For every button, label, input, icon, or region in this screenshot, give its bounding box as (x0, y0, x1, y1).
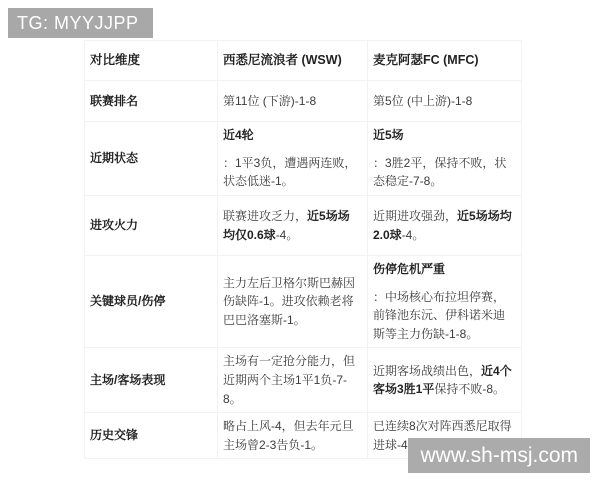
header-team-wsw: 西悉尼流浪者 (WSW) (218, 41, 368, 81)
site-watermark: www.sh-msj.com (408, 438, 590, 473)
row-label-cell: 联赛排名 (85, 81, 218, 122)
wsw-cell: 联赛进攻乏力，近5场场均仅0.6球-4。 (218, 196, 368, 256)
wsw-cell: 主场有一定抢分能力，但近期两个主场1平1负-7-8。 (218, 348, 368, 413)
cell-text: 主力左后卫格尔斯巴赫因伤缺阵-1。进攻依赖老将巴巴洛塞斯-1。 (223, 274, 361, 330)
table-row: 进攻火力联赛进攻乏力，近5场场均仅0.6球-4。近期进攻强劲，近5场场均2.0球… (85, 196, 522, 256)
row-label-cell: 进攻火力 (85, 196, 218, 256)
table-row: 联赛排名第11位 (下游)-1-8第5位 (中上游)-1-8 (85, 81, 522, 122)
telegram-handle-badge: TG: MYYJJPP (8, 8, 153, 38)
header-team-mfc: 麦克阿瑟FC (MFC) (368, 41, 522, 81)
cell-text: 联赛进攻乏力，近5场场均仅0.6球-4。 (223, 207, 361, 244)
cell-text: 第5位 (中上游)-1-8 (373, 92, 515, 111)
cell-text: 略占上风-4，但去年元旦主场曾2-3告负-1。 (223, 417, 361, 454)
mfc-cell: 近期进攻强劲，近5场场均2.0球-4。 (368, 196, 522, 256)
cell-bold-lead: 伤停危机严重 (373, 260, 515, 279)
cell-text: 近期进攻强劲，近5场场均2.0球-4。 (373, 207, 515, 244)
cell-text: ：中场核心布拉坦停赛，前锋池东沅、伊科诺米迪斯等主力伤缺-1-8。 (373, 288, 515, 344)
table-row: 主场/客场表现主场有一定抢分能力，但近期两个主场1平1负-7-8。近期客场战绩出… (85, 348, 522, 413)
cell-text: ：3胜2平，保持不败，状态稳定-7-8。 (373, 154, 515, 191)
comparison-table-body: 联赛排名第11位 (下游)-1-8第5位 (中上游)-1-8近期状态近4轮：1平… (85, 81, 522, 459)
wsw-cell: 主力左后卫格尔斯巴赫因伤缺阵-1。进攻依赖老将巴巴洛塞斯-1。 (218, 256, 368, 348)
cell-bold-lead: 近4轮 (223, 126, 361, 145)
page: TG: MYYJJPP 对比维度 西悉尼流浪者 (WSW) 麦克阿瑟FC (MF… (0, 0, 600, 480)
cell-text: 近期客场战绩出色，近4个客场3胜1平保持不败-8。 (373, 362, 515, 399)
header-dimension: 对比维度 (85, 41, 218, 81)
mfc-cell: 伤停危机严重：中场核心布拉坦停赛，前锋池东沅、伊科诺米迪斯等主力伤缺-1-8。 (368, 256, 522, 348)
mfc-cell: 近5场：3胜2平，保持不败，状态稳定-7-8。 (368, 122, 522, 196)
mfc-cell: 近期客场战绩出色，近4个客场3胜1平保持不败-8。 (368, 348, 522, 413)
cell-bold-lead: 近5场 (373, 126, 515, 145)
cell-text: 主场有一定抢分能力，但近期两个主场1平1负-7-8。 (223, 352, 361, 408)
mfc-cell: 第5位 (中上游)-1-8 (368, 81, 522, 122)
wsw-cell: 略占上风-4，但去年元旦主场曾2-3告负-1。 (218, 413, 368, 459)
row-label-cell: 主场/客场表现 (85, 348, 218, 413)
cell-text: ：1平3负，遭遇两连败，状态低迷-1。 (223, 154, 361, 191)
row-label-cell: 关键球员/伤停 (85, 256, 218, 348)
row-label-cell: 历史交锋 (85, 413, 218, 459)
wsw-cell: 第11位 (下游)-1-8 (218, 81, 368, 122)
wsw-cell: 近4轮：1平3负，遭遇两连败，状态低迷-1。 (218, 122, 368, 196)
table-row: 近期状态近4轮：1平3负，遭遇两连败，状态低迷-1。近5场：3胜2平，保持不败，… (85, 122, 522, 196)
table-row: 关键球员/伤停主力左后卫格尔斯巴赫因伤缺阵-1。进攻依赖老将巴巴洛塞斯-1。伤停… (85, 256, 522, 348)
cell-text: 第11位 (下游)-1-8 (223, 92, 361, 111)
row-label-cell: 近期状态 (85, 122, 218, 196)
table-header-row: 对比维度 西悉尼流浪者 (WSW) 麦克阿瑟FC (MFC) (85, 41, 522, 81)
comparison-table: 对比维度 西悉尼流浪者 (WSW) 麦克阿瑟FC (MFC) 联赛排名第11位 … (84, 40, 522, 459)
